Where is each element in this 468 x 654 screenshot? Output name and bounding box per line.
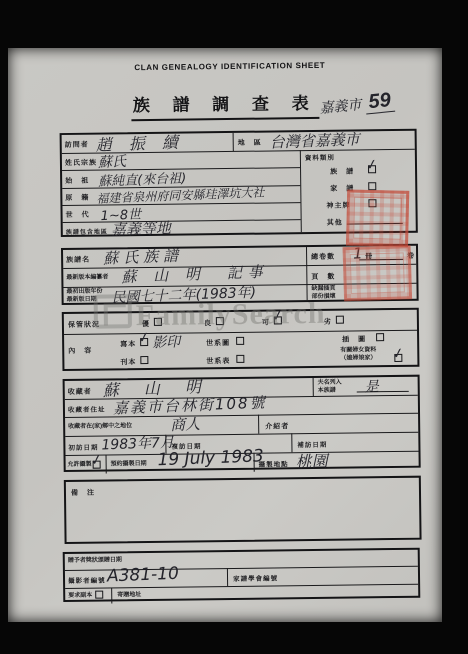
film-permit-checkbox: ✓ (93, 461, 101, 469)
missing-label-line1: 缺漏插頁 (311, 286, 335, 293)
red-seal-stamp-inner (353, 197, 402, 240)
women-data-label-line2: （媳婦娘家） (340, 355, 376, 362)
film-permit-label: 允許攝製 (68, 462, 92, 469)
film-place-value: 桃園 (295, 448, 328, 472)
mail-address-label: 寄贈地址 (117, 592, 141, 599)
lineage-table-label: 世系表 (206, 356, 230, 366)
introducer-label: 介紹者 (265, 421, 289, 431)
listed-label-line2: 本族譜 (318, 388, 336, 395)
coverage-label: 族譜包含地區 (66, 226, 108, 236)
material-option-zupu-label: 族 譜 (330, 166, 354, 176)
genealogy-name-label: 族譜名 (66, 255, 90, 265)
section-admin: 贈予者獎狀頒贈日期 攝影者編號 A381-10 家譜學會編號 要求副本 ✓ 寄贈… (63, 548, 421, 602)
illustration-label: 插 圖 (342, 334, 366, 344)
first-visit-label: 初訪日期 (68, 443, 98, 452)
copy-request-label: 要求副本 (68, 593, 92, 600)
clan-label: 姓氏宗族 (65, 158, 97, 168)
row-coverage: 族譜包含地區 嘉義等地 (63, 219, 301, 239)
form-title: 族 譜 調 查 表 (131, 89, 319, 121)
check-mark-icon: ✓ (365, 155, 380, 174)
lineage-chart-label: 世系圖 (206, 338, 230, 348)
area-label: 地 區 (238, 138, 262, 148)
compiler-label: 最新版本編纂者 (66, 274, 108, 282)
generations-label: 世 代 (66, 210, 90, 220)
content-label: 內 容 (68, 346, 92, 356)
red-seal-stamp (346, 189, 409, 246)
women-data-checkbox: ✓ (394, 354, 402, 362)
familysearch-logo-watermark (94, 294, 132, 328)
familysearch-watermark: FamilySearch (136, 297, 326, 333)
illustration-checkbox: ✓ (376, 333, 384, 341)
manuscript-checkbox: ✓ (140, 338, 148, 346)
founder-label: 始 祖 (65, 176, 89, 186)
manuscript-note: 影印 (152, 331, 181, 352)
coverage-value: 嘉義等地 (110, 217, 171, 240)
row-copy-request: 要求副本 ✓ 寄贈地址 (65, 584, 418, 604)
material-option-other-label: 其他 (327, 218, 343, 228)
printed-label: 刊本 (120, 357, 136, 367)
row-content: 內 容 寫本 ✓ 影印 刊本 ✓ 世系圖 ✓ 世系表 ✓ 插 圖 ✓ 有關婦女資… (64, 330, 417, 373)
owner-label: 收藏者 (68, 387, 92, 397)
red-seal-stamp-inner (350, 252, 405, 294)
listed-value: 是 (364, 376, 379, 397)
women-data-label-line1: 有關婦女資料 (340, 347, 376, 354)
reference-number: 嘉義市 59 (318, 89, 395, 119)
row-filming: 允許攝製 ✓ 預約攝製日期 19 July 1983 攝製地點 桃園 (66, 451, 419, 474)
red-seal-stamp (343, 245, 413, 301)
pub-label-line2: 最新版日期 (67, 297, 97, 304)
photographer-number-label: 攝影者編號 (68, 576, 106, 585)
interviewer-label: 訪問者 (65, 140, 89, 150)
manuscript-label: 寫本 (120, 339, 136, 349)
award-date-label: 贈予者獎狀頒贈日期 (68, 557, 122, 565)
owner-position-value: 商人 (170, 413, 201, 435)
copy-request-checkbox: ✓ (95, 591, 103, 599)
photographer-number-value: A381-10 (107, 564, 180, 587)
condition-poor-checkbox: ✓ (336, 316, 344, 324)
society-number-label: 家譜學會編號 (233, 573, 278, 583)
owner-address-label: 收藏者住址 (68, 405, 106, 414)
remarks-label: 備 注 (71, 488, 95, 498)
film-date-label: 預約攝製日期 (111, 461, 147, 468)
form-content: CLAN GENEALOGY IDENTIFICATION SHEET 族 譜 … (0, 0, 468, 654)
lineage-chart-checkbox: ✓ (236, 337, 244, 345)
total-volumes-label: 總卷數 (311, 252, 335, 262)
reference-value: 59 (365, 89, 395, 115)
section-remarks: 備 注 (64, 476, 422, 544)
lineage-table-checkbox: ✓ (236, 355, 244, 363)
english-header: CLAN GENEALOGY IDENTIFICATION SHEET (85, 60, 375, 73)
film-date-value: 19 July 1983 (157, 446, 264, 470)
material-type-header: 資料類別 (305, 153, 335, 162)
section-owner: 收藏者 蘇 山 明 夫名列入 本族譜 是 收藏者住址 嘉義市台林街108號 收藏… (63, 375, 421, 472)
printed-checkbox: ✓ (140, 356, 148, 364)
origin-label: 原 籍 (65, 193, 89, 203)
listed-label-line1: 夫名列入 (318, 380, 342, 387)
microfilm-scan: CLAN GENEALOGY IDENTIFICATION SHEET 族 譜 … (0, 0, 468, 654)
check-mark-icon: ✓ (391, 344, 406, 363)
reference-prefix: 嘉義市 (319, 96, 362, 116)
film-place-label: 攝製地點 (259, 459, 289, 468)
pages-label: 頁 數 (311, 272, 335, 282)
owner-position-label: 收藏者在(家)鄉中之地位 (68, 423, 132, 431)
material-option-zupu-checkbox: ✓ (368, 165, 376, 173)
